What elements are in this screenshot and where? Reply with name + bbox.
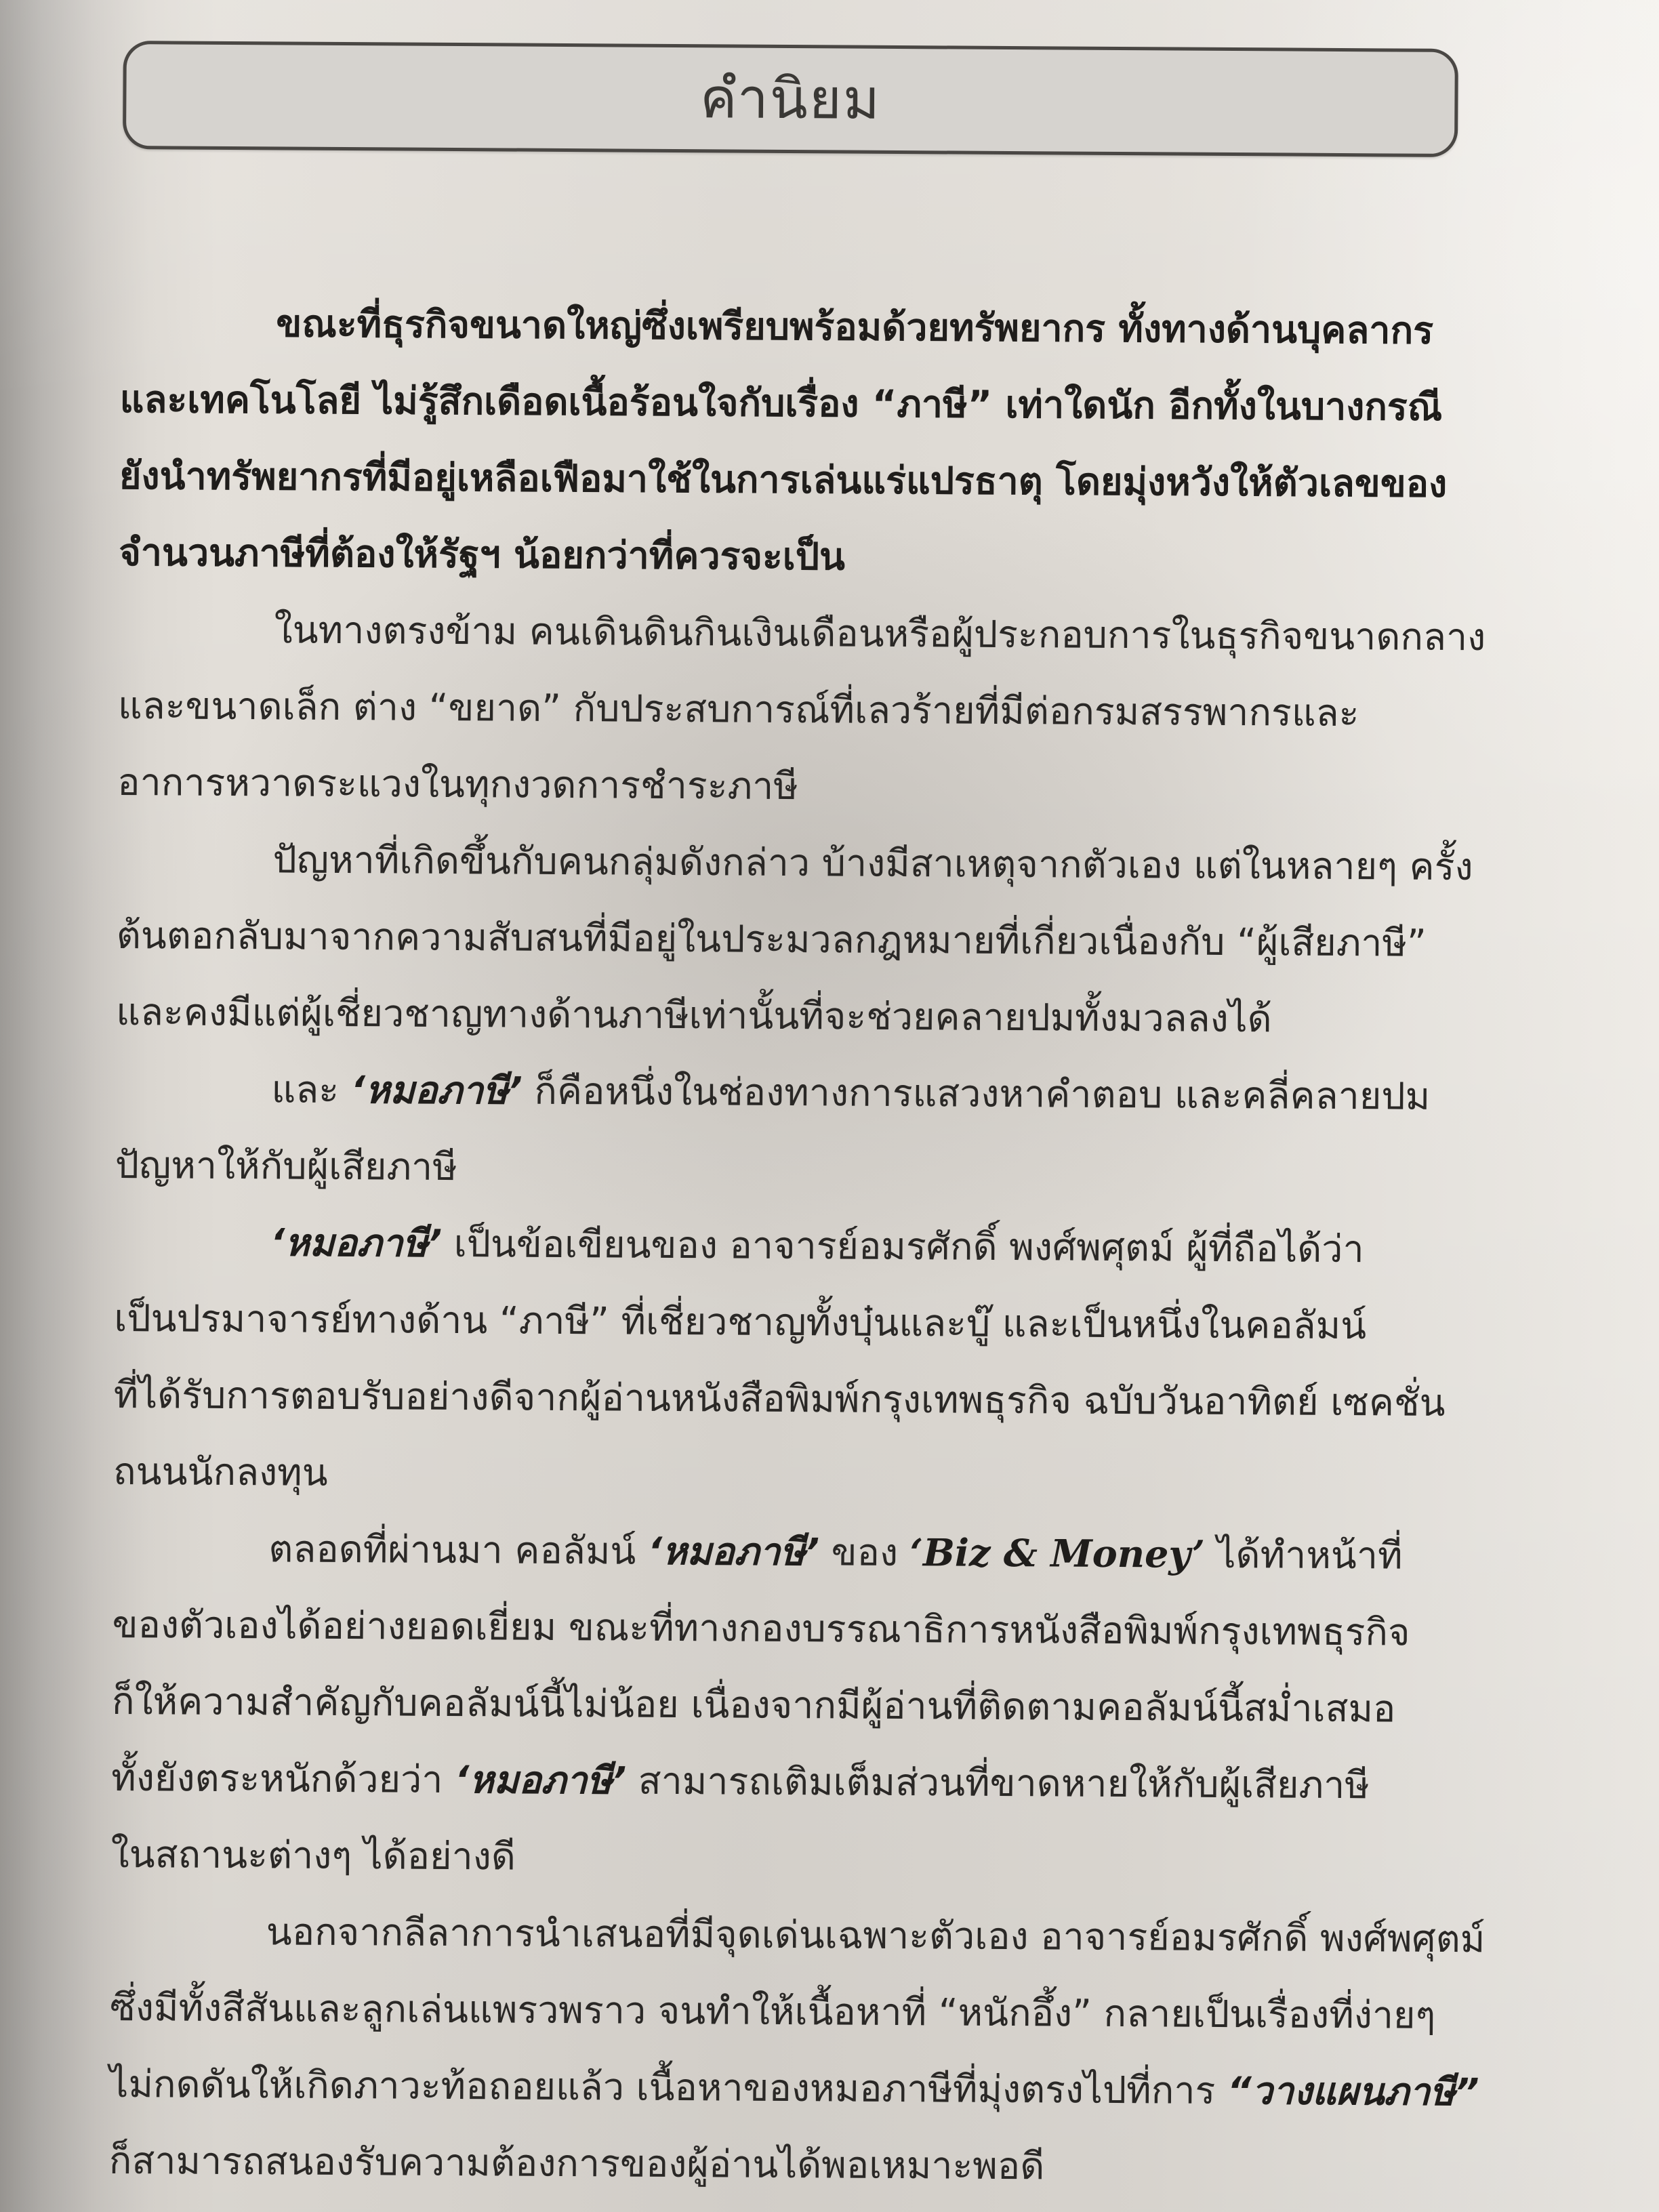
text-run: ไม่กดดันให้เกิดภาวะท้อถอยแล้ว เนื้อหาของ… — [109, 2062, 1227, 2113]
text-line: ไม่กดดันให้เกิดภาวะท้อถอยแล้ว เนื้อหาของ… — [109, 2046, 1452, 2131]
paragraph-column-history: ตลอดที่ผ่านมา คอลัมน์ ‘หมอภาษี’ ของ ‘Biz… — [110, 1510, 1454, 1901]
paragraph-intro: ขณะที่ธุรกิจขนาดใหญ่ซึ่งเพรียบพร้อมด้วยท… — [119, 285, 1462, 599]
column-name-emphasis: ‘หมอภาษี’ — [648, 1530, 819, 1575]
text-line: ขณะที่ธุรกิจขนาดใหญ่ซึ่งเพรียบพร้อมด้วยท… — [120, 285, 1462, 369]
book-page: คำนิยม ขณะที่ธุรกิจขนาดใหญ่ซึ่งเพรียบพร้… — [108, 34, 1471, 2211]
text-run: และ — [271, 1067, 351, 1112]
text-run: ได้ทำหน้าที่ — [1205, 1533, 1403, 1578]
text-line: ของตัวเองได้อย่างยอดเยี่ยม ขณะที่ทางกองบ… — [112, 1586, 1454, 1671]
text-line: ทั้งยังตระหนักด้วยว่า ‘หมอภาษี’ สามารถเต… — [111, 1740, 1454, 1824]
text-line: ก็ให้ความสำคัญกับคอลัมน์นี้ไม่น้อย เนื่อ… — [112, 1663, 1454, 1748]
text-line: ‘หมอภาษี’ เป็นข้อเขียนของ อาจารย์อมรศักด… — [115, 1204, 1457, 1288]
text-line: และเทคโนโลยี ไม่รู้สึกเดือดเนื้อร้อนใจกั… — [119, 361, 1462, 446]
text-line: เป็นปรมาจารย์ทางด้าน “ภาษี” ที่เชี่ยวชาญ… — [114, 1280, 1456, 1365]
text-line: ถนนนักลงทุน — [113, 1433, 1456, 1518]
column-name-emphasis: ‘หมอภาษี’ — [351, 1068, 523, 1113]
text-line: ปัญหาที่เกิดขึ้นกับคนกลุ่มดังกล่าว บ้างม… — [117, 821, 1459, 905]
tax-planning-emphasis: “วางแผนภาษี” — [1227, 2069, 1479, 2114]
title-banner: คำนิยม — [123, 41, 1458, 157]
text-run: เป็นข้อเขียนของ อาจารย์อมรศักดิ์ พงศ์พศุ… — [442, 1222, 1364, 1271]
section-name-emphasis: ‘Biz & Money’ — [909, 1531, 1205, 1577]
text-line: ซึ่งมีทั้งสีสันและลูกเล่นแพรวพราว จนทำให… — [110, 1969, 1452, 2054]
text-line: ปัญหาให้กับผู้เสียภาษี — [115, 1127, 1457, 1212]
paragraph-author: ‘หมอภาษี’ เป็นข้อเขียนของ อาจารย์อมรศักด… — [113, 1204, 1457, 1518]
text-line: และขนาดเล็ก ต่าง “ขยาด” กับประสบการณ์ที่… — [118, 668, 1460, 752]
text-line: ก็สามารถสนองรับความต้องการของผู้อ่านได้พ… — [108, 2123, 1451, 2207]
text-run: ทั้งยังตระหนักด้วยว่า — [111, 1756, 455, 1802]
text-line: ต้นตอกลับมาจากความสับสนที่มีอยู่ในประมวล… — [117, 897, 1459, 982]
text-line: ยังนำทรัพยากรที่มีอยู่เหลือเฟือมาใช้ในกา… — [119, 438, 1462, 523]
text-line: ตลอดที่ผ่านมา คอลัมน์ ‘หมอภาษี’ ของ ‘Biz… — [112, 1510, 1455, 1595]
text-line: ในทางตรงข้าม คนเดินดินกินเงินเดือนหรือผู… — [118, 591, 1460, 676]
text-run: ก็คือหนึ่งในช่องทางการแสวงหาคำตอบ และคลี… — [523, 1069, 1431, 1119]
text-line: จำนวนภาษีที่ต้องให้รัฐฯ น้อยกว่าที่ควรจะ… — [119, 514, 1461, 599]
text-run: สามารถเติมเต็มส่วนที่ขาดหายให้กับผู้เสีย… — [626, 1759, 1370, 1808]
text-line: นอกจากลีลาการนำเสนอที่มีจุดเด่นเฉพาะตัวเ… — [110, 1893, 1453, 1978]
column-name-emphasis: ‘หมอภาษี’ — [455, 1758, 626, 1803]
text-line: อาการหวาดระแวงในทุกงวดการชำระภาษี — [117, 744, 1460, 829]
text-line: ที่ได้รับการตอบรับอย่างดีจากผู้อ่านหนังส… — [113, 1357, 1456, 1441]
text-line: ในสถานะต่างๆ ได้อย่างดี — [110, 1816, 1453, 1901]
paragraph-contrast: ในทางตรงข้าม คนเดินดินกินเงินเดือนหรือผู… — [117, 591, 1460, 829]
text-run: ของ — [819, 1530, 910, 1575]
text-line: และคงมีแต่ผู้เชี่ยวชาญทางด้านภาษีเท่านั้… — [116, 974, 1458, 1059]
text-line: และ ‘หมอภาษี’ ก็คือหนึ่งในช่องทางการแสวง… — [115, 1050, 1458, 1135]
paragraph-mor-phasi-channel: และ ‘หมอภาษี’ ก็คือหนึ่งในช่องทางการแสวง… — [115, 1050, 1457, 1212]
paragraph-problem: ปัญหาที่เกิดขึ้นกับคนกลุ่มดังกล่าว บ้างม… — [116, 821, 1459, 1059]
page-title: คำนิยม — [700, 54, 882, 144]
text-run: ตลอดที่ผ่านมา คอลัมน์ — [268, 1527, 648, 1573]
body-text: ขณะที่ธุรกิจขนาดใหญ่ซึ่งเพรียบพร้อมด้วยท… — [108, 285, 1462, 2207]
column-name-emphasis: ‘หมอภาษี’ — [270, 1221, 442, 1266]
paragraph-style: นอกจากลีลาการนำเสนอที่มีจุดเด่นเฉพาะตัวเ… — [108, 1893, 1452, 2207]
